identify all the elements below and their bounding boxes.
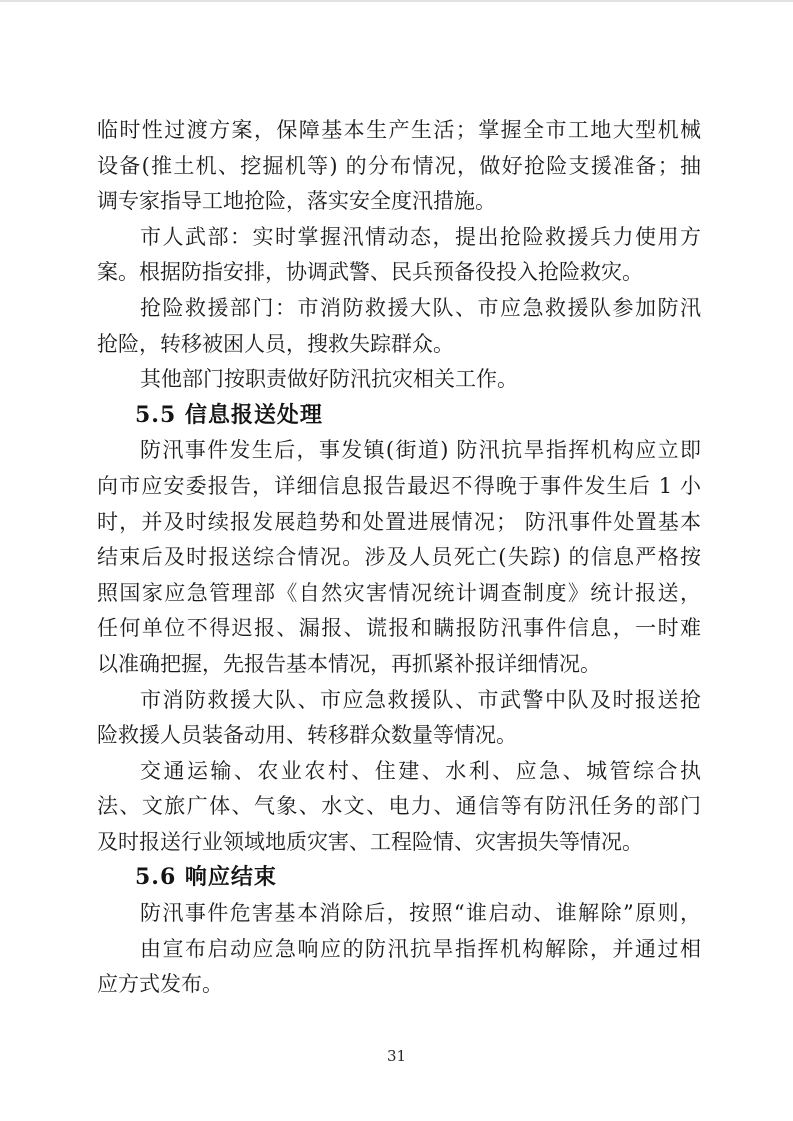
text-line: 险救援人员装备动用、转移群众数量等情况。 bbox=[97, 718, 701, 754]
page-top-edge bbox=[0, 0, 793, 2]
text-line: 结束后及时报送综合情况。涉及人员死亡(失踪) 的信息严格按 bbox=[97, 540, 701, 576]
text-line: 市消防救援大队、市应急救援队、市武警中队及时报送抢 bbox=[97, 683, 701, 719]
text-line: 调专家指导工地抢险，落实安全度汛措施。 bbox=[97, 184, 701, 220]
text-line: 防汛事件危害基本消除后，按照“谁启动、谁解除”原则， bbox=[97, 896, 701, 932]
text-line: 法、文旅广体、气象、水文、电力、通信等有防汛任务的部门 bbox=[97, 789, 701, 825]
section-heading: 5.6 响应结束 bbox=[97, 860, 701, 896]
text-line: 防汛事件发生后，事发镇(街道) 防汛抗旱指挥机构应立即 bbox=[97, 433, 701, 469]
text-line: 以准确把握，先报告基本情况，再抓紧补报详细情况。 bbox=[97, 647, 701, 683]
text-line: 抢险，转移被困人员，搜救失踪群众。 bbox=[97, 327, 701, 363]
text-line: 抢险救援部门：市消防救援大队、市应急救援队参加防汛 bbox=[97, 291, 701, 327]
text-line: 临时性过渡方案，保障基本生产生活；掌握全市工地大型机械 bbox=[97, 113, 701, 149]
text-line: 时，并及时续报发展趋势和处置进展情况； 防汛事件处置基本 bbox=[97, 505, 701, 541]
text-line: 交通运输、农业农村、住建、水利、应急、城管综合执 bbox=[97, 754, 701, 790]
text-line: 及时报送行业领域地质灾害、工程险情、灾害损失等情况。 bbox=[97, 825, 701, 861]
page-number: 31 bbox=[0, 1046, 793, 1066]
text-line: 市人武部：实时掌握汛情动态，提出抢险救援兵力使用方 bbox=[97, 220, 701, 256]
section-heading: 5.5 信息报送处理 bbox=[97, 398, 701, 434]
document-page: 临时性过渡方案，保障基本生产生活；掌握全市工地大型机械设备(推土机、挖掘机等) … bbox=[0, 0, 793, 1121]
text-line: 向市应安委报告，详细信息报告最迟不得晚于事件发生后 1 小 bbox=[97, 469, 701, 505]
text-line: 案。根据防指安排，协调武警、民兵预备役投入抢险救灾。 bbox=[97, 255, 701, 291]
text-line: 设备(推土机、挖掘机等) 的分布情况，做好抢险支援准备；抽 bbox=[97, 149, 701, 185]
text-line: 其他部门按职责做好防汛抗灾相关工作。 bbox=[97, 362, 701, 398]
text-line: 照国家应急管理部《自然灾害情况统计调查制度》统计报送， bbox=[97, 576, 701, 612]
text-line: 任何单位不得迟报、漏报、谎报和瞒报防汛事件信息，一时难 bbox=[97, 611, 701, 647]
text-line: 应方式发布。 bbox=[97, 967, 701, 1003]
text-line: 由宣布启动应急响应的防汛抗旱指挥机构解除，并通过相 bbox=[97, 932, 701, 968]
page-body: 临时性过渡方案，保障基本生产生活；掌握全市工地大型机械设备(推土机、挖掘机等) … bbox=[97, 113, 701, 1003]
